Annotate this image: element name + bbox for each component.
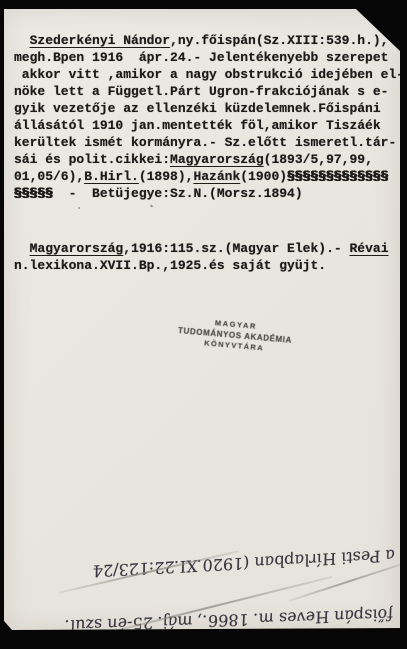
typed-text: ,ny.főispán(Sz.XIII:539.h.), bbox=[170, 33, 388, 48]
typed-text bbox=[14, 33, 30, 48]
typed-line: §§§§§ - Betüjegye:Sz.N.(Morsz.1894) bbox=[14, 185, 404, 202]
typed-text: kerültek ismét kormányra.- Sz.előtt isme… bbox=[14, 135, 396, 150]
typed-text: - Betüjegye:Sz.N.(Morsz.1894) bbox=[53, 186, 303, 201]
overstruck-text: §§§§§§§§§§§§§ bbox=[287, 169, 388, 184]
typed-line: gyik vezetője az ellenzéki küzdelemnek.F… bbox=[14, 100, 404, 117]
typed-line: nöke lett a Függetl.Párt Ugron-frakciójá… bbox=[14, 83, 404, 100]
ink-speck bbox=[150, 204, 154, 207]
typed-line: megh.Bpen 1916 ápr.24.- Jelentékenyebb s… bbox=[14, 49, 404, 66]
photo-background: Szederkényi Nándor,ny.főispán(Sz.XIII:53… bbox=[0, 0, 407, 649]
handwritten-note-upside-down-2: főispán Heves m. 1866., máj. 25-én szül. bbox=[47, 588, 394, 636]
typed-text: (1898), bbox=[139, 169, 194, 184]
typed-text: nöke lett a Függetl.Párt Ugron-frakciójá… bbox=[14, 84, 388, 99]
typed-text: ,1916:115.sz.(Magyar Elek).- bbox=[123, 241, 349, 256]
typed-text: állásától 1910 jan.mentették föl,amikor … bbox=[14, 118, 381, 133]
ink-speck bbox=[78, 207, 80, 209]
typed-text: (1893/5,97,99, bbox=[264, 152, 373, 167]
typed-line: kerültek ismét kormányra.- Sz.előtt isme… bbox=[14, 134, 404, 151]
ink-speck bbox=[330, 640, 333, 642]
typed-line: Magyarország,1916:115.sz.(Magyar Elek).-… bbox=[14, 240, 389, 257]
typed-line: 01,05/6),B.Hirl.(1898),Hazánk(1900)§§§§§… bbox=[14, 168, 404, 185]
underlined-text: Magyarország bbox=[30, 241, 124, 256]
underlined-text: Révai bbox=[349, 241, 388, 256]
typed-text: gyik vezetője az ellenzéki küzdelemnek.F… bbox=[14, 101, 381, 116]
typed-text bbox=[14, 241, 30, 256]
typed-text: sái és polit.cikkei: bbox=[14, 152, 170, 167]
handwritten-note-upside-down-1: a Pesti Hírlapban (1920.XI.22:123/24 bbox=[43, 531, 396, 583]
typed-text: (1900) bbox=[240, 169, 287, 184]
library-stamp: MAGYAR TUDOMÁNYOS AKADÉMIA KÖNYVTÁRA bbox=[171, 315, 299, 357]
typed-line: sái és polit.cikkei:Magyarország(1893/5,… bbox=[14, 151, 404, 168]
typed-line: állásától 1910 jan.mentették föl,amikor … bbox=[14, 117, 404, 134]
typed-text: 01,05/6), bbox=[14, 169, 84, 184]
typed-paragraph-entry: Szederkényi Nándor,ny.főispán(Sz.XIII:53… bbox=[14, 32, 404, 202]
underlined-text: Szederkényi Nándor bbox=[30, 33, 170, 48]
typed-text: akkor vitt ,amikor a nagy obstrukció ide… bbox=[14, 67, 404, 82]
catalog-card: Szederkényi Nándor,ny.főispán(Sz.XIII:53… bbox=[4, 9, 400, 630]
typed-paragraph-references: Magyarország,1916:115.sz.(Magyar Elek).-… bbox=[14, 240, 389, 274]
typed-line: n.lexikona.XVII.Bp.,1925.és saját gyüjt. bbox=[14, 257, 389, 274]
typed-line: akkor vitt ,amikor a nagy obstrukció ide… bbox=[14, 66, 404, 83]
underlined-text: B.Hirl. bbox=[84, 169, 139, 184]
underlined-text: Magyarország bbox=[170, 152, 264, 167]
typed-line: Szederkényi Nándor,ny.főispán(Sz.XIII:53… bbox=[14, 32, 404, 49]
typed-text: n.lexikona.XVII.Bp.,1925.és saját gyüjt. bbox=[14, 258, 326, 273]
underlined-text: Hazánk bbox=[193, 169, 240, 184]
typed-text: megh.Bpen 1916 ápr.24.- Jelentékenyebb s… bbox=[14, 50, 388, 65]
overstruck-text: §§§§§ bbox=[14, 186, 53, 201]
